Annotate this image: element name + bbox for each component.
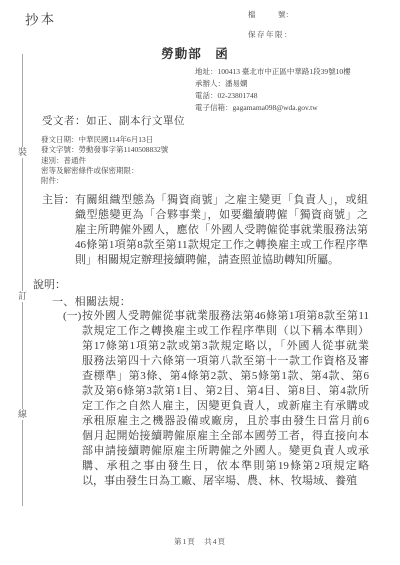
file-number-label: 檔 號： <box>248 9 293 20</box>
text-line: 發文日期：中華民國114年6月13日 <box>41 135 168 145</box>
binding-mark-ding: 訂 <box>17 291 28 302</box>
text-line: 附件： <box>41 176 168 186</box>
copy-stamp: 抄本 <box>24 7 56 29</box>
document-meta-block: 發文日期：中華民國114年6月13日發文字號：勞動發事字第1140508832號… <box>41 135 168 186</box>
text-line: 第17條第1項第2款或第3款規定略以，「外國人從事就業 <box>82 339 369 354</box>
text-line: 款及第6條第3款第1目、第2目、第4目、第8目、第4款所 <box>82 384 369 399</box>
text-line: 發文字號：勞動發事字第1140508832號 <box>41 145 168 155</box>
text-line: 雇主所聘僱外國人，應依「外國人受聘僱從事就業服務法第 <box>75 223 368 238</box>
text-line: 承辦人：潘易嫻 <box>195 78 351 90</box>
explanation-label: 說明： <box>33 278 66 293</box>
text-line: 服務法第四十六條第一項第八款至第十一款工作資格及審 <box>82 354 369 369</box>
text-line: 部申請接續聘僱原雇主所聘僱之外國人。變更負責人或承 <box>82 444 369 459</box>
retention-period-label: 保存年限： <box>248 29 293 40</box>
text-line: 速別：普通件 <box>41 156 168 166</box>
explanation-item-1: 一、相關法規： <box>52 295 131 310</box>
text-line: 查標準」第3條、第4條第2款、第5條第1款、第4款、第6 <box>82 369 369 384</box>
text-line: 定工作之自然人雇主，因變更負責人，或新雇主有承購或 <box>82 399 369 414</box>
document-title: 勞動部 函 <box>150 44 240 62</box>
explanation-sub-item-1: (一) 按外國人受聘僱從事就業服務法第46條第1項第8款至第11款規定工作之轉換… <box>63 309 369 489</box>
text-line: 電話：02-23801748 <box>195 90 351 102</box>
agency-contact-block: 地址：100413 臺北市中正區中華路1段39號10樓承辦人：潘易嫻電話：02-… <box>195 66 351 114</box>
text-line: 以，事由發生日為工廠、屠宰場、農、林、牧場域、養殖 <box>82 474 369 489</box>
text-line: 密等及解密條件或保密期限： <box>41 166 168 176</box>
text-line: 電子信箱：gagamama098@wda.gov.tw <box>195 102 351 114</box>
binding-line <box>22 54 23 506</box>
binding-mark-xian: 線 <box>17 409 28 420</box>
text-line: 承租原雇主之機器設備或廠房，且於事由發生日當月前6 <box>82 414 369 429</box>
text-line: 46條第1項第8款至第11款規定工作之轉換雇主或工作程序準 <box>75 238 368 253</box>
page-number-footer: 第1頁 共4頁 <box>0 536 400 547</box>
document-page: 抄本 檔 號： 保存年限： 勞動部 函 地址：100413 臺北市中正區中華路1… <box>0 0 400 565</box>
text-line: 則」相關規定辦理接續聘僱，請查照並協助轉知所屬。 <box>75 253 368 268</box>
subject-label: 主旨： <box>42 193 75 208</box>
subject-lines: 有關組織型態為「獨資商號」之雇主變更「負責人」，或組織型態變更為「合夥事業」，如… <box>42 193 368 268</box>
text-line: 款規定工作之轉換雇主或工作程序準則（以下稱本準則） <box>82 324 369 339</box>
recipient-line: 受文者：如正、副本行文單位 <box>42 113 185 128</box>
sub-item-label: (一) <box>63 309 81 324</box>
binding-mark-zhuang: 裝 <box>17 147 28 158</box>
text-line: 織型態變更為「合夥事業」，如要繼續聘僱「獨資商號」之 <box>75 208 368 223</box>
text-line: 按外國人受聘僱從事就業服務法第46條第1項第8款至第11 <box>82 309 369 324</box>
text-line: 有關組織型態為「獨資商號」之雇主變更「負責人」，或組 <box>75 193 368 208</box>
text-line: 地址：100413 臺北市中正區中華路1段39號10樓 <box>195 66 351 78</box>
sub-item-lines: 按外國人受聘僱從事就業服務法第46條第1項第8款至第11款規定工作之轉換雇主或工… <box>63 309 369 489</box>
text-line: 購、承租之事由發生日，依本準則第19條第2項規定略 <box>82 459 369 474</box>
text-line: 個月起開始接續聘僱原雇主全部本國勞工者，得直接向本 <box>82 429 369 444</box>
subject-section: 主旨： 有關組織型態為「獨資商號」之雇主變更「負責人」，或組織型態變更為「合夥事… <box>42 193 368 268</box>
